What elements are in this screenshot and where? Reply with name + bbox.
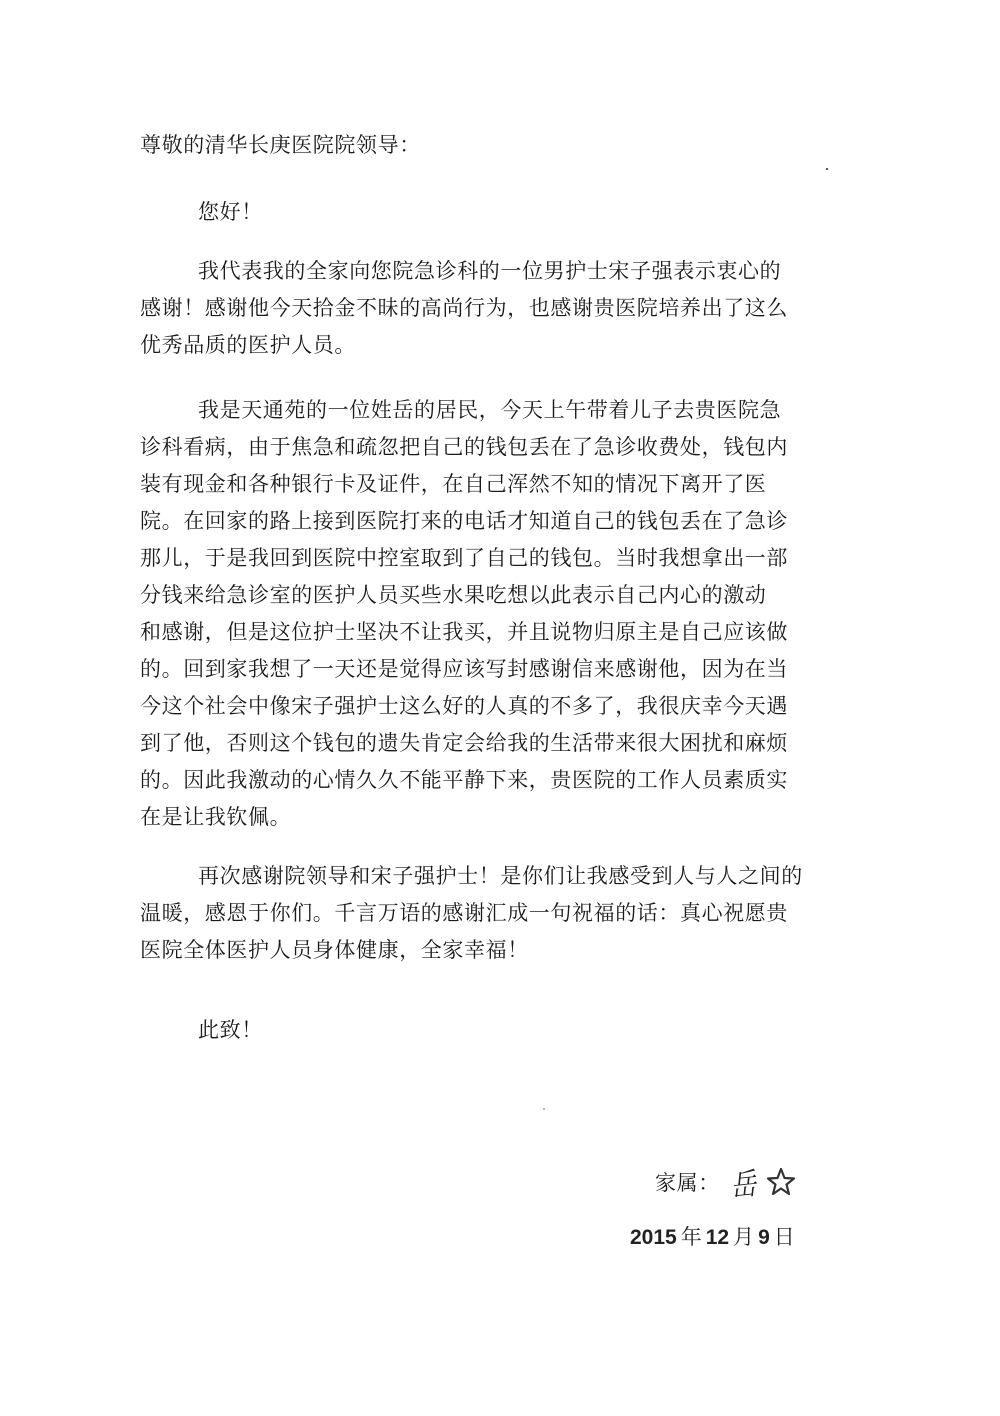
paragraph-line: 分钱来给急诊室的医护人员买些水果吃想以此表示自己内心的激动 xyxy=(140,577,840,614)
salutation: 尊敬的清华长庚医院院领导： xyxy=(140,130,421,160)
paragraph-line: 医院全体医护人员身体健康，全家幸福！ xyxy=(140,932,840,969)
paragraph-line: 和感谢，但是这位护士坚决不让我买，并且说物归原主是自己应该做 xyxy=(140,614,840,651)
paragraph-line: 在是让我钦佩。 xyxy=(140,799,840,836)
paragraph-line: 院。在回家的路上接到医院打来的电话才知道自己的钱包丢在了急诊 xyxy=(140,503,840,540)
paragraph-line: 装有现金和各种银行卡及证件，在自己浑然不知的情况下离开了医 xyxy=(140,466,840,503)
paragraph-line: 那儿，于是我回到医院中控室取到了自己的钱包。当时我想拿出一部 xyxy=(140,540,840,577)
date-day-char: 日 xyxy=(774,1225,795,1249)
closing: 此致！ xyxy=(198,1015,263,1045)
paragraph-line: 感谢！感谢他今天拾金不昧的高尚行为，也感谢贵医院培养出了这么 xyxy=(140,290,840,327)
paragraph-line: 我代表我的全家向您院急诊科的一位男护士宋子强表示衷心的 xyxy=(140,253,840,290)
paragraph-thanks: 我代表我的全家向您院急诊科的一位男护士宋子强表示衷心的 感谢！感谢他今天拾金不昧… xyxy=(140,253,840,364)
date-year: 2015 xyxy=(630,1226,677,1249)
letter-page: 尊敬的清华长庚医院院领导： 您好！ 我代表我的全家向您院急诊科的一位男护士宋子强… xyxy=(0,0,1000,1416)
star-outline-icon xyxy=(766,1167,796,1197)
paragraph-line: 优秀品质的医护人员。 xyxy=(140,327,840,364)
paragraph-line: 到了他，否则这个钱包的遗失肯定会给我的生活带来很大困扰和麻烦 xyxy=(140,725,840,762)
paragraph-line: 今这个社会中像宋子强护士这么好的人真的不多了，我很庆幸今天遇 xyxy=(140,688,840,725)
date-month: 12 xyxy=(706,1226,729,1249)
signature-label: 家属： xyxy=(655,1167,720,1197)
date-year-char: 年 xyxy=(681,1225,702,1249)
letter-date: 2015年12月9日 xyxy=(630,1222,799,1253)
date-month-char: 月 xyxy=(733,1225,754,1249)
paragraph-story: 我是天通苑的一位姓岳的居民，今天上午带着儿子去贵医院急 诊科看病，由于焦急和疏忽… xyxy=(140,392,840,836)
date-day: 9 xyxy=(758,1226,770,1249)
paragraph-line: 诊科看病，由于焦急和疏忽把自己的钱包丢在了急诊收费处，钱包内 xyxy=(140,429,840,466)
greeting: 您好！ xyxy=(198,197,263,227)
paragraph-closing-thanks: 再次感谢院领导和宋子强护士！是你们让我感受到人与人之间的 温暖，感恩于你们。千言… xyxy=(140,858,840,969)
paragraph-line: 温暖，感恩于你们。千言万语的感谢汇成一句祝福的话：真心祝愿贵 xyxy=(140,895,840,932)
paragraph-line: 再次感谢院领导和宋子强护士！是你们让我感受到人与人之间的 xyxy=(140,858,840,895)
signature-block: 家属： 岳 xyxy=(655,1160,796,1204)
scan-speck xyxy=(826,168,828,170)
paragraph-line: 的。因此我激动的心情久久不能平静下来，贵医院的工作人员素质实 xyxy=(140,762,840,799)
paragraph-line: 的。回到家我想了一天还是觉得应该写封感谢信来感谢他，因为在当 xyxy=(140,651,840,688)
handwritten-signature: 岳 xyxy=(728,1159,758,1205)
paragraph-line: 我是天通苑的一位姓岳的居民，今天上午带着儿子去贵医院急 xyxy=(140,392,840,429)
scan-speck xyxy=(543,1108,545,1110)
